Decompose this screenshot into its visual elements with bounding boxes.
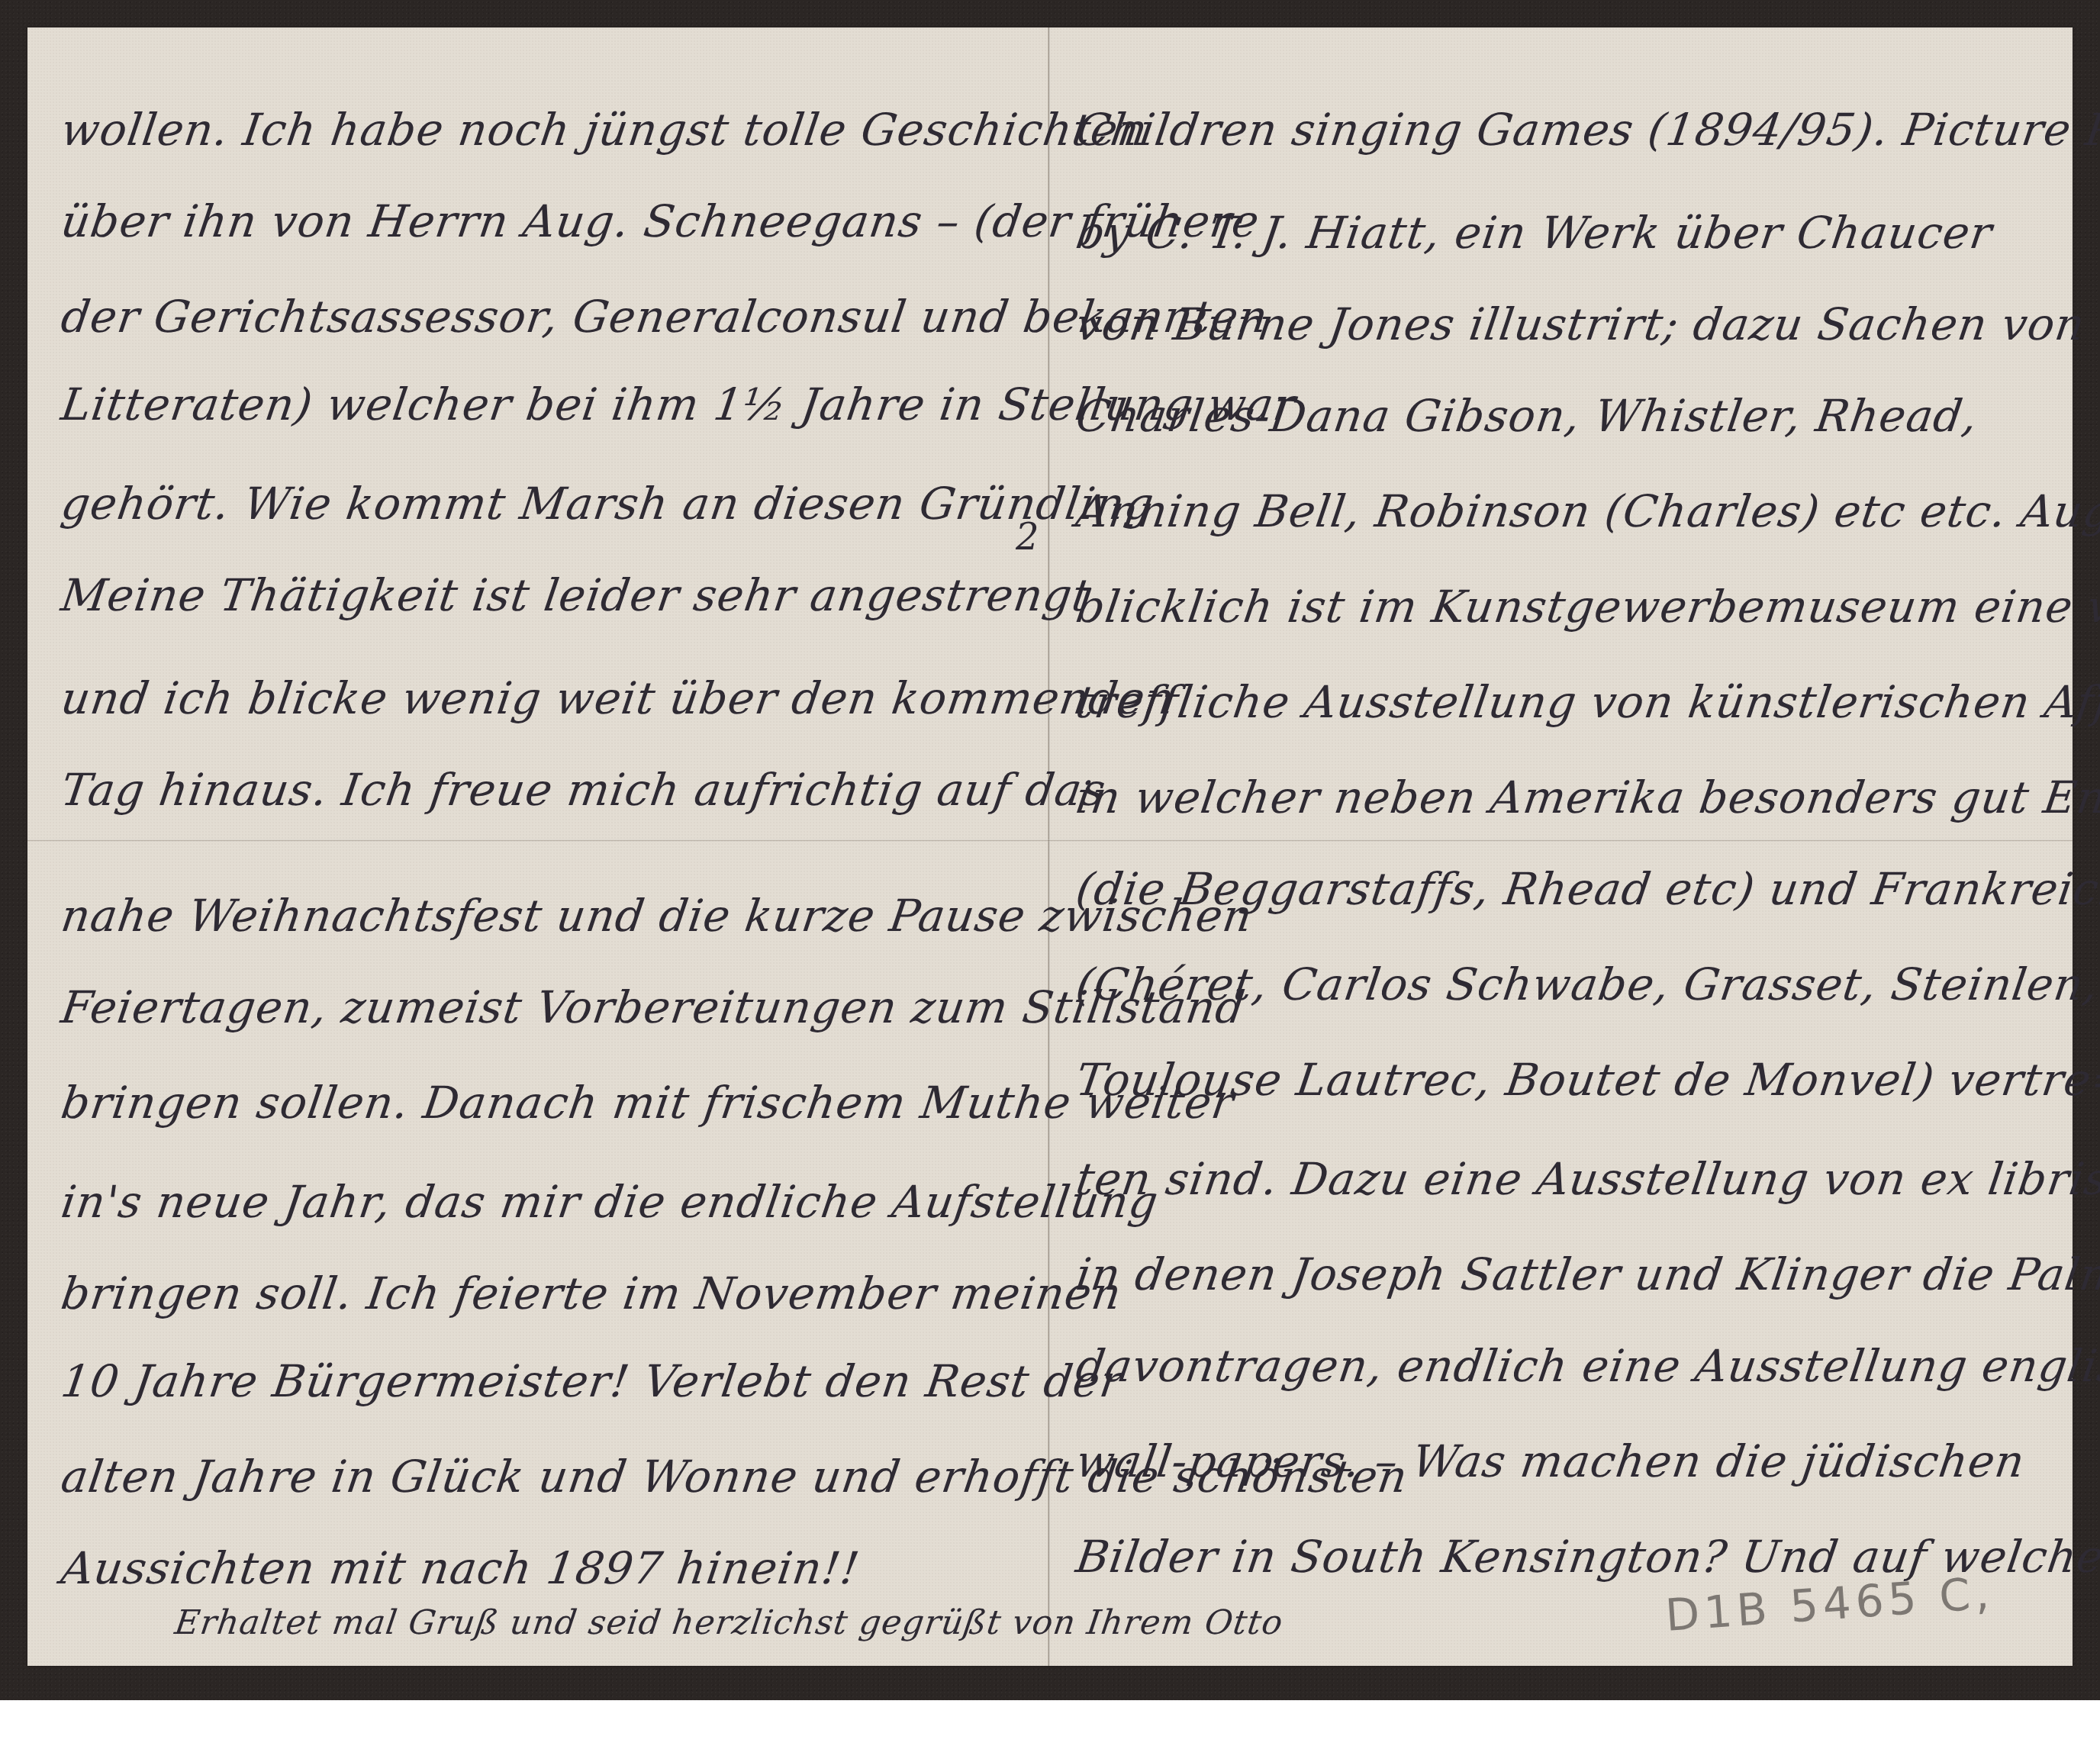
right-line-7: treffliche Ausstellung von künstlerische… (1073, 676, 2100, 728)
left-line-7: und ich blicke wenig weit über den komme… (58, 672, 1178, 724)
right-line-10: (Chéret, Carlos Schwabe, Grasset, Steinl… (1073, 958, 2100, 1010)
right-line-6: blicklich ist im Kunstgewerbemuseum eine… (1073, 581, 2100, 633)
left-line-5: gehört. Wie kommt Marsh an diesen Gründl… (58, 478, 1158, 530)
right-line-14: davontragen, endlich eine Ausstellung en… (1073, 1340, 2100, 1392)
right-line-8: in welcher neben Amerika besonders gut E… (1073, 771, 2100, 823)
right-line-13: in denen Joseph Sattler und Klinger die … (1073, 1248, 2100, 1300)
left-line-14: 10 Jahre Bürgermeister! Verlebt den Rest… (58, 1355, 1126, 1407)
left-page: wollen. Ich habe noch jüngst tolle Gesch… (27, 27, 1048, 1666)
right-line-3: von Burne Jones illustrirt; dazu Sachen … (1073, 298, 2089, 350)
right-line-9: (die Beggarstaffs, Rhead etc) und Frankr… (1073, 863, 2100, 915)
right-line-5: Anning Bell, Robinson (Charles) etc etc.… (1073, 485, 2100, 537)
page-number-mark: 2 (1016, 516, 1039, 559)
left-line-1: wollen. Ich habe noch jüngst tolle Gesch… (58, 104, 1151, 156)
right-line-15: wall-papers. – Was machen die jüdischen (1073, 1435, 2028, 1487)
right-line-2: by C. T. J. Hiatt, ein Werk über Chaucer (1073, 207, 1995, 259)
left-line-16: Aussichten mit nach 1897 hinein!! (58, 1542, 863, 1594)
left-line-13: bringen soll. Ich feierte im November me… (58, 1268, 1125, 1319)
letter-sheet: wollen. Ich habe noch jüngst tolle Gesch… (27, 27, 2073, 1666)
right-page: Children singing Games (1894/95). Pictur… (1050, 27, 2073, 1666)
right-line-4: Charles-Dana Gibson, Whistler, Rhead, (1073, 390, 1981, 442)
left-line-6: Meine Thätigkeit ist leider sehr angestr… (58, 569, 1094, 621)
right-line-1: Children singing Games (1894/95). Pictur… (1073, 104, 2100, 156)
left-line-8: Tag hinaus. Ich freue mich aufrichtig au… (58, 764, 1110, 816)
right-line-12: ten sind. Dazu eine Ausstellung von ex l… (1073, 1153, 2100, 1205)
right-line-11: Toulouse Lautrec, Boutet de Monvel) vert… (1073, 1054, 2100, 1106)
left-line-12: in's neue Jahr, das mir die endliche Auf… (58, 1176, 1161, 1228)
